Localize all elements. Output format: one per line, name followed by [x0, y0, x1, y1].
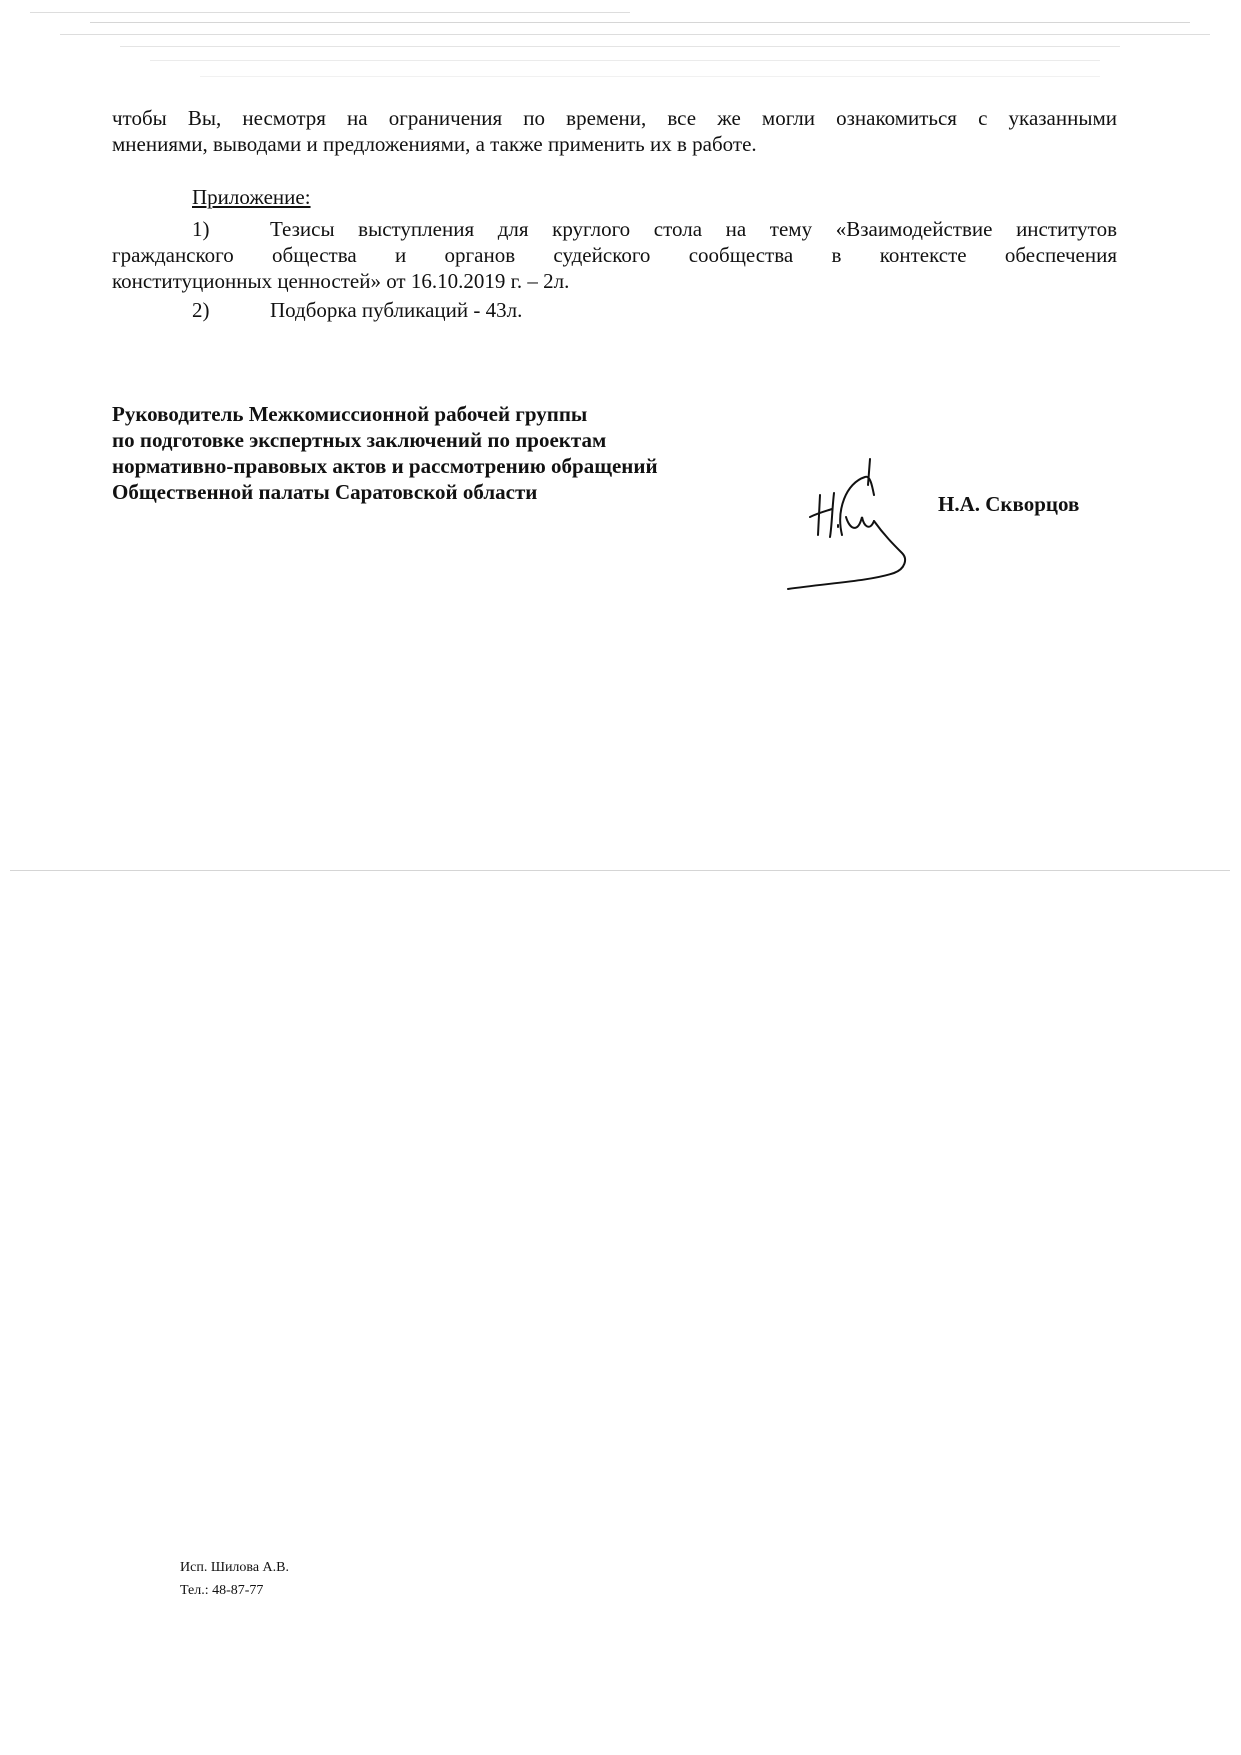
paragraph-line-1: чтобы Вы, несмотря на ограничения по вре… — [112, 105, 1117, 131]
signer-title-line-2: по подготовке экспертных заключений по п… — [112, 427, 606, 453]
document-page: чтобы Вы, несмотря на ограничения по вре… — [0, 0, 1241, 1755]
handwritten-signature — [780, 455, 940, 615]
appendix-heading-text: Приложение: — [192, 185, 311, 209]
scan-noise-middle — [0, 860, 1241, 880]
appendix-item-1-number: 1) — [192, 216, 270, 242]
executor-name: Исп. Шилова А.В. — [180, 1557, 289, 1579]
appendix-item-1-line-1: 1)Тезисы выступления для круглого стола … — [192, 216, 1117, 242]
appendix-item-2-number: 2) — [192, 297, 270, 323]
signer-title-line-1: Руководитель Межкомиссионной рабочей гру… — [112, 401, 587, 427]
appendix-item-2-text: Подборка публикаций - 43л. — [270, 298, 522, 322]
signer-title-line-3: нормативно-правовых актов и рассмотрению… — [112, 453, 658, 479]
signer-title-line-4: Общественной палаты Саратовской области — [112, 479, 537, 505]
appendix-item-2: 2)Подборка публикаций - 43л. — [192, 297, 522, 323]
appendix-heading: Приложение: — [192, 184, 311, 210]
appendix-item-1-text: Тезисы выступления для круглого стола на… — [270, 217, 1117, 241]
signer-name: Н.А. Скворцов — [938, 491, 1079, 517]
appendix-item-1-line-3: конституционных ценностей» от 16.10.2019… — [112, 268, 569, 294]
executor-phone: Тел.: 48-87-77 — [180, 1580, 263, 1602]
paragraph-line-2: мнениями, выводами и предложениями, а та… — [112, 131, 757, 157]
scan-noise-top — [0, 0, 1241, 90]
appendix-item-1-line-2: гражданского общества и органов судейско… — [112, 242, 1117, 268]
